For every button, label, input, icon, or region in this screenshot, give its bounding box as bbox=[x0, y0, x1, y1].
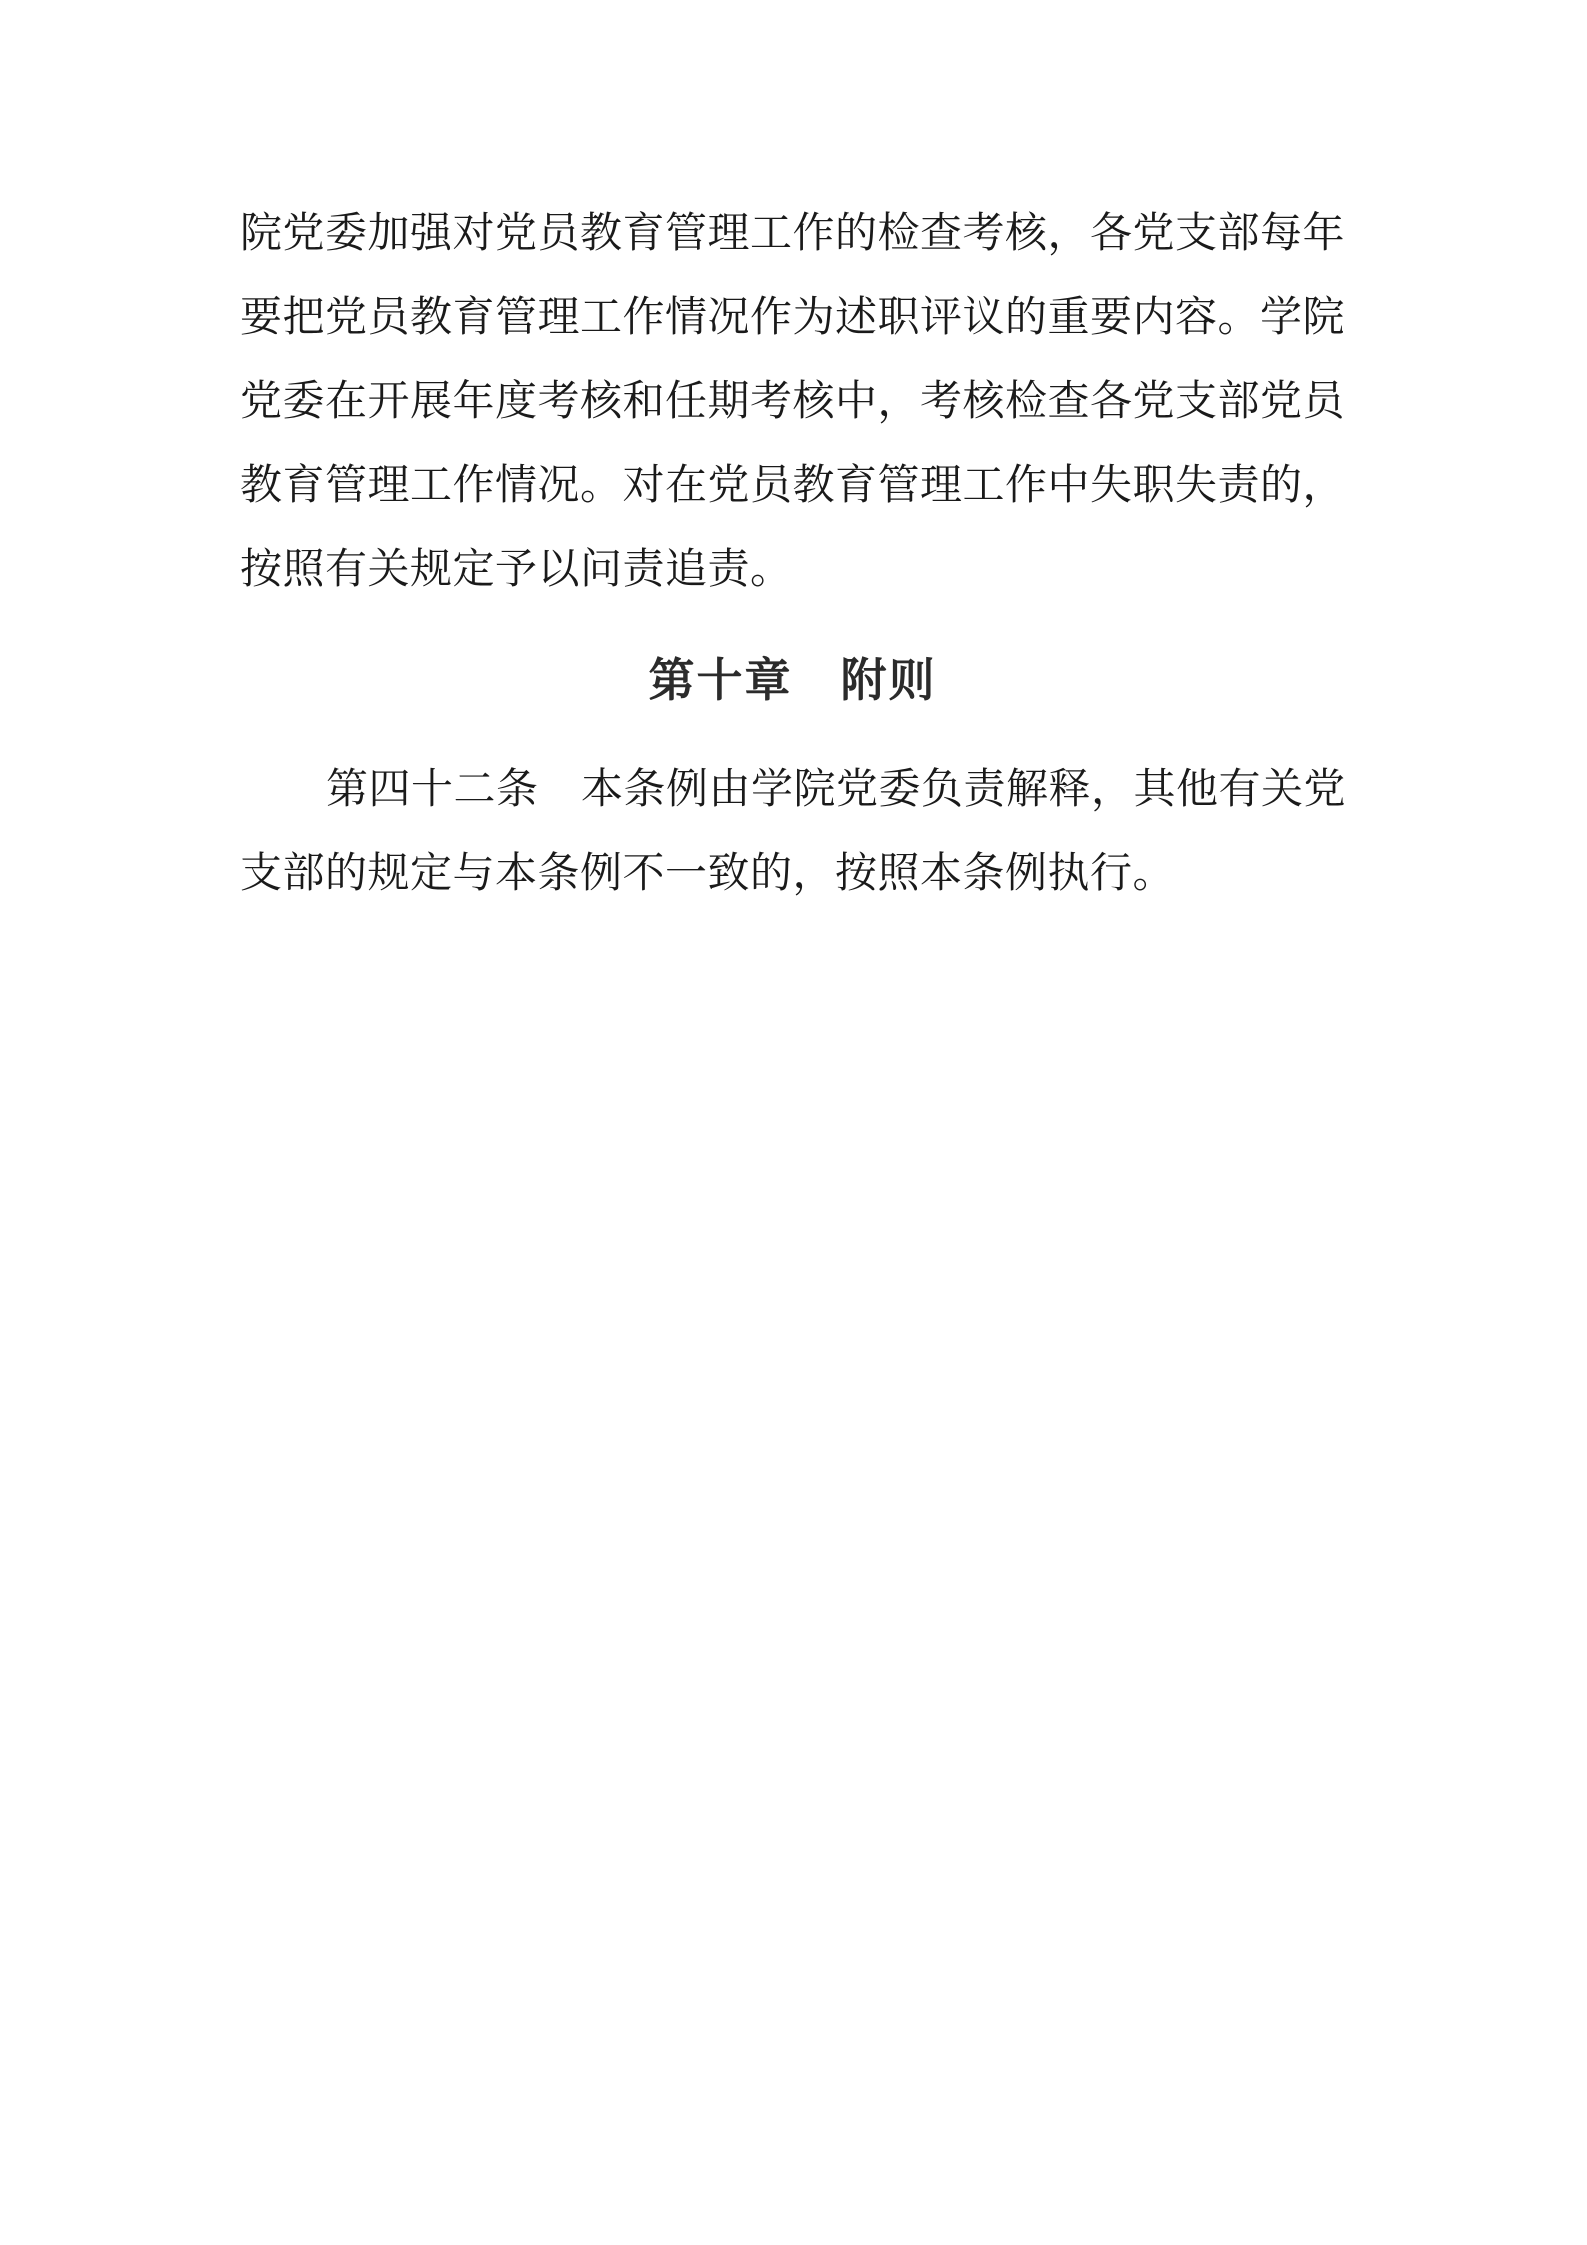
body-line: 按照有关规定予以问责追责。 bbox=[240, 528, 1345, 612]
body-line: 教育管理工作情况。对在党员教育管理工作中失职失责的， bbox=[240, 444, 1345, 528]
document-content: 院党委加强对党员教育管理工作的检查考核，各党支部每年 要把党员教育管理工作情况作… bbox=[240, 192, 1345, 916]
paragraph-article-42: 第四十二条 本条例由学院党委负责解释，其他有关党 支部的规定与本条例不一致的，按… bbox=[240, 748, 1345, 916]
body-line: 院党委加强对党员教育管理工作的检查考核，各党支部每年 bbox=[240, 192, 1345, 276]
document-page: 院党委加强对党员教育管理工作的检查考核，各党支部每年 要把党员教育管理工作情况作… bbox=[0, 0, 1587, 2245]
body-line: 支部的规定与本条例不一致的，按照本条例执行。 bbox=[240, 832, 1345, 916]
body-line: 党委在开展年度考核和任期考核中，考核检查各党支部党员 bbox=[240, 360, 1345, 444]
body-line: 要把党员教育管理工作情况作为述职评议的重要内容。学院 bbox=[240, 276, 1345, 360]
chapter-heading: 第十章 附则 bbox=[240, 638, 1345, 722]
paragraph-inspection-assessment: 院党委加强对党员教育管理工作的检查考核，各党支部每年 要把党员教育管理工作情况作… bbox=[240, 192, 1345, 612]
body-line: 第四十二条 本条例由学院党委负责解释，其他有关党 bbox=[240, 748, 1345, 832]
